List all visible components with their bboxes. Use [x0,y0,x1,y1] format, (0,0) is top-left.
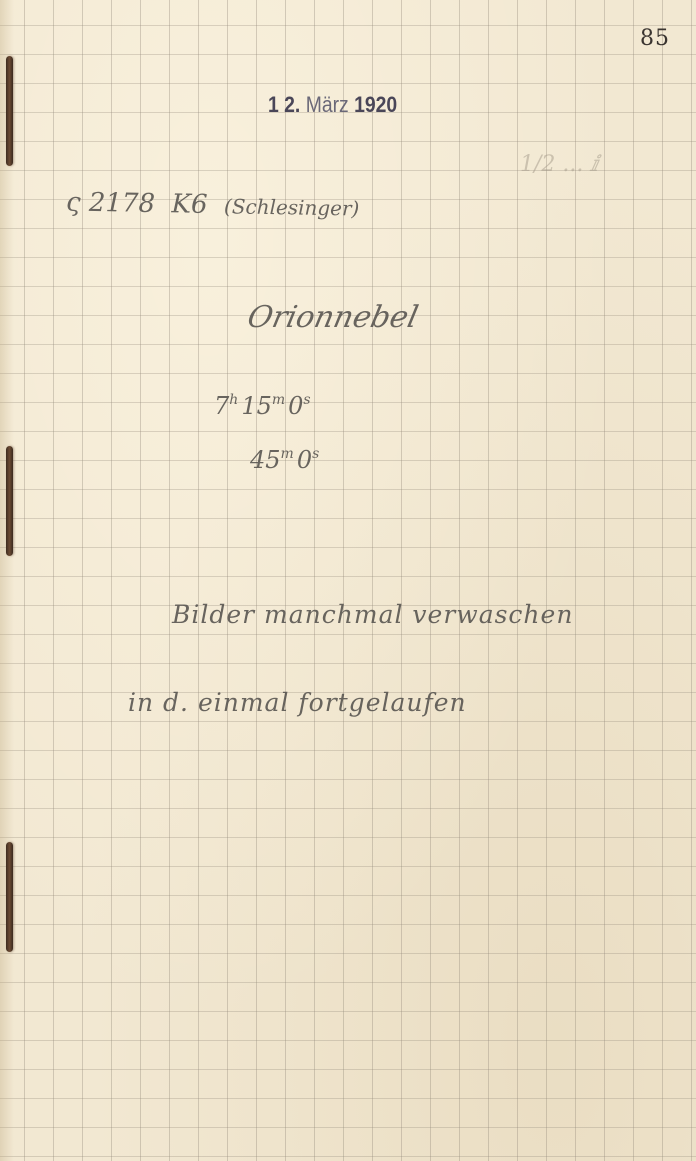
minutes: 45 [250,446,281,474]
plate-code: K6 [171,189,207,220]
object-name: Orionnebel [244,300,421,335]
seconds: 0 [297,446,312,474]
plate-reference: ς 2178 K6 (Schlesinger) [66,187,360,222]
date-stamp: 1 2. März 1920 [268,92,397,118]
seconds-unit: s [303,392,310,408]
staple-top [6,56,13,166]
plate-prefix: ς [66,187,81,217]
remark-line-2: in d. einmal fortgelaufen [128,688,467,717]
hours: 7 [214,392,229,420]
seconds: 0 [288,392,303,420]
stamp-day: 1 2. [268,92,300,117]
page-number: 85 [640,26,670,51]
plate-number: 2178 [89,188,156,219]
stamp-year: 1920 [354,92,397,117]
exposure-end-time: 45m0s [250,446,322,474]
bleed-through-text: 1/2 ... ⅈ [520,152,599,177]
staple-middle [6,446,13,556]
exposure-start-time: 7h15m0s [214,392,314,420]
staple-bottom [6,842,13,952]
hours-unit: h [229,392,238,408]
minutes-unit: m [281,446,294,462]
binding-edge-shadow [0,0,14,1161]
minutes-unit: m [272,392,285,408]
plate-note: (Schlesinger) [224,194,360,220]
stamp-month: März [306,92,349,117]
seconds-unit: s [312,446,319,462]
minutes: 15 [241,392,272,420]
graph-paper-page: 85 1 2. März 1920 1/2 ... ⅈ ς 2178 K6 (S… [0,0,696,1161]
remark-line-1: Bilder manchmal verwaschen [172,600,573,629]
